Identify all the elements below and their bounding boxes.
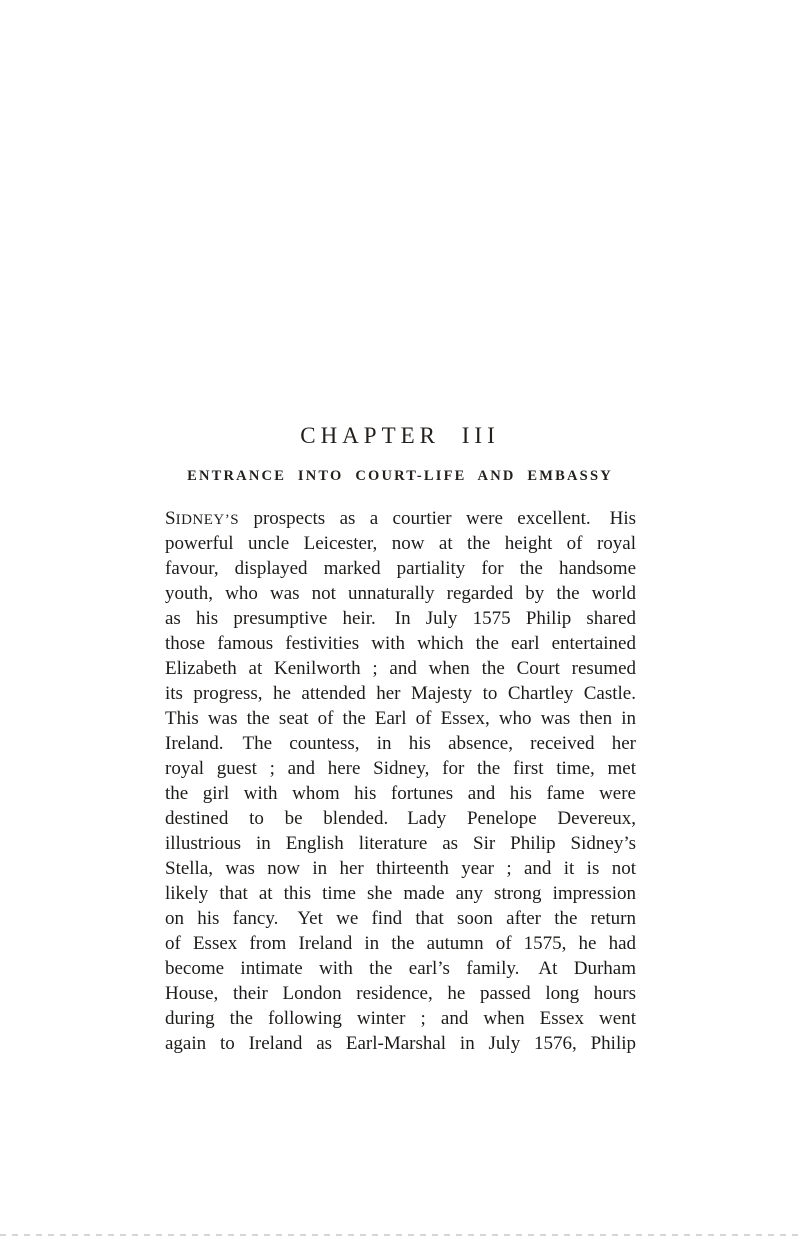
text-line: during the following winter ; and when E… [165,1006,636,1031]
text-line: powerful uncle Leicester, now at the hei… [165,531,636,556]
text-line: Elizabeth at Kenilworth ; and when the C… [165,656,636,681]
text-line: the girl with whom his fortunes and his … [165,781,636,806]
text-line: of Essex from Ireland in the autumn of 1… [165,931,636,956]
text-line: This was the seat of the Earl of Essex, … [165,706,636,731]
text-line: illustrious in English literature as Sir… [165,831,636,856]
text-line: Stella, was now in her thirteenth year ;… [165,856,636,881]
text-line: those famous festivities with which the … [165,631,636,656]
text-lines: powerful uncle Leicester, now at the hei… [165,531,636,1056]
text-line: royal guest ; and here Sidney, for the f… [165,756,636,781]
text-line: House, their London residence, he passed… [165,981,636,1006]
text-line: become intimate with the earl’s family. … [165,956,636,981]
lead-smallcaps: IDNEY’S [176,512,240,528]
text-line: youth, who was not unnaturally regarded … [165,581,636,606]
chapter-subtitle: ENTRANCE INTO COURT-LIFE AND EMBASSY [0,469,800,484]
first-line-text: prospects as a courtier were excellent. … [239,508,636,529]
book-page: CHAPTER III ENTRANCE INTO COURT-LIFE AND… [0,0,800,1237]
lead-initial: S [165,508,176,529]
text-line: destined to be blended. Lady Penelope De… [165,806,636,831]
paragraph: SIDNEY’S prospects as a courtier were ex… [165,506,636,1056]
text-line: likely that at this time she made any st… [165,881,636,906]
text-line: on his fancy. Yet we find that soon afte… [165,906,636,931]
text-line: favour, displayed marked partiality for … [165,556,636,581]
text-line: again to Ireland as Earl-Marshal in July… [165,1031,636,1056]
text-line: Ireland. The countess, in his absence, r… [165,731,636,756]
scan-artifact-dotted-line [0,1234,800,1236]
text-line: its progress, he attended her Majesty to… [165,681,636,706]
chapter-heading: CHAPTER III [0,424,800,447]
text-line: as his presumptive heir. In July 1575 Ph… [165,606,636,631]
text-line-first: SIDNEY’S prospects as a courtier were ex… [165,506,636,531]
